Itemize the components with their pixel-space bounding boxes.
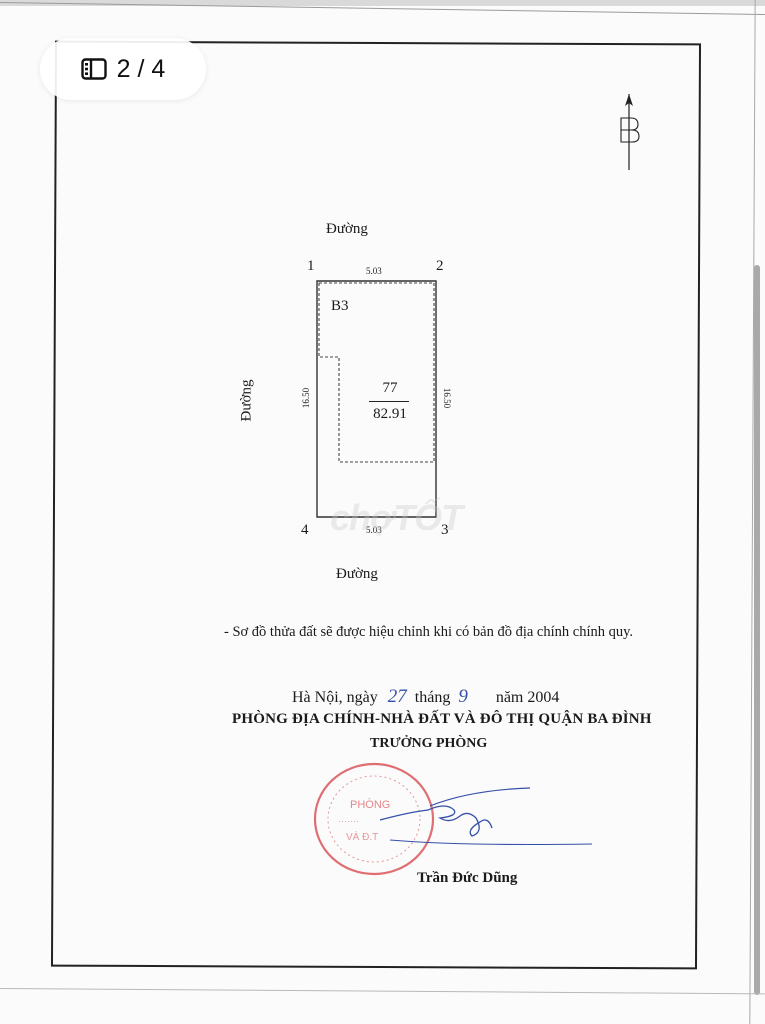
note-text: - Sơ đồ thửa đất sẽ được hiệu chỉnh khi … <box>224 624 633 641</box>
date-prefix: Hà Nội, ngày <box>292 689 378 706</box>
lot-label: B3 <box>331 298 349 315</box>
office-name: PHÒNG ĐỊA CHÍNH-NHÀ ĐẤT VÀ ĐÔ THỊ QUẬN B… <box>232 711 652 728</box>
watermark: chợTỐT <box>330 497 462 539</box>
signer-name: Trần Đức Dũng <box>417 870 517 887</box>
date-year: năm 2004 <box>496 689 560 706</box>
fraction-line <box>369 401 409 402</box>
handwritten-month: 9 <box>458 686 468 707</box>
svg-text:·······: ······· <box>338 816 359 826</box>
svg-text:VÀ Đ.T: VÀ Đ.T <box>346 830 378 843</box>
signer-title: TRƯỞNG PHÒNG <box>370 736 487 752</box>
date-line: Hà Nội, ngày 27 tháng 9 năm 2004 <box>292 686 559 708</box>
signature <box>380 780 600 860</box>
handwritten-day: 27 <box>388 686 407 707</box>
parcel-area: 82.91 <box>364 406 416 423</box>
parcel-number: 77 <box>372 380 408 397</box>
date-month-label: tháng <box>415 689 451 706</box>
